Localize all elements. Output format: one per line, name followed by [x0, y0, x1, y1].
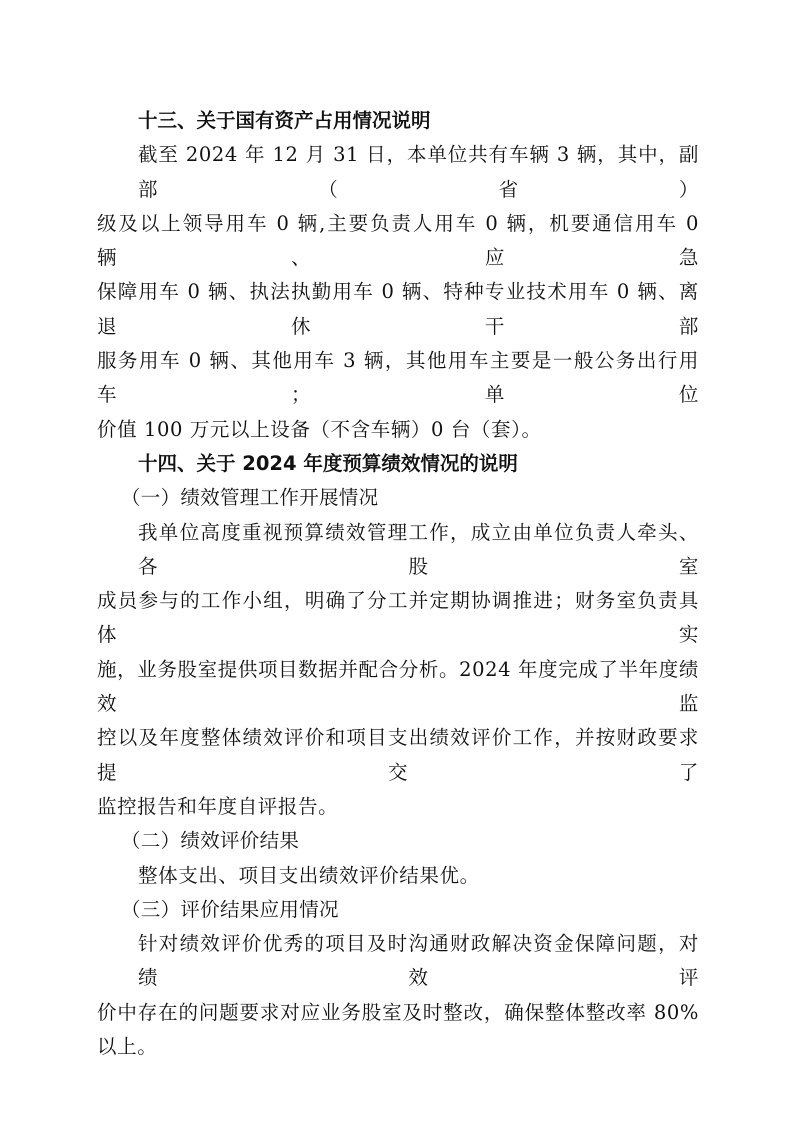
paragraph-evaluation-results: 整体支出、项目支出绩效评价结果优。	[97, 859, 699, 893]
subheading-results-application: （三）评价结果应用情况	[97, 893, 699, 927]
paragraph-line: 整体支出、项目支出绩效评价结果优。	[97, 859, 699, 893]
paragraph-line: 控以及年度整体绩效评价和项目支出绩效评价工作，并按财政要求提交了	[97, 721, 699, 790]
paragraph-line: 级及以上领导用车 0 辆,主要负责人用车 0 辆，机要通信用车 0 辆、应急	[97, 207, 699, 276]
paragraph-line: 保障用车 0 辆、执法执勤用车 0 辆、特种专业技术用车 0 辆、离退休干部	[97, 275, 699, 344]
subheading-evaluation-results: （二）绩效评价结果	[97, 824, 699, 858]
paragraph-state-assets: 截至 2024 年 12 月 31 日，本单位共有车辆 3 辆，其中，副部（省）…	[97, 138, 699, 447]
paragraph-line: 成员参与的工作小组，明确了分工并定期协调推进；财务室负责具体实	[97, 584, 699, 653]
subheading-performance-management: （一）绩效管理工作开展情况	[97, 481, 699, 515]
paragraph-line: 监控报告和年度自评报告。	[97, 790, 699, 824]
paragraph-line: 我单位高度重视预算绩效管理工作，成立由单位负责人牵头、各股室	[97, 516, 699, 585]
paragraph-results-application: 针对绩效评价优秀的项目及时沟通财政解决资金保障问题，对绩效评 价中存在的问题要求…	[97, 927, 699, 1064]
paragraph-line: 针对绩效评价优秀的项目及时沟通财政解决资金保障问题，对绩效评	[97, 927, 699, 996]
document-page: 十三、关于国有资产占用情况说明 截至 2024 年 12 月 31 日，本单位共…	[97, 104, 699, 1064]
paragraph-line: 价值 100 万元以上设备（不含车辆）0 台（套）。	[97, 413, 699, 447]
paragraph-line: 价中存在的问题要求对应业务股室及时整改，确保整体整改率 80%以上。	[97, 996, 699, 1065]
paragraph-line: 截至 2024 年 12 月 31 日，本单位共有车辆 3 辆，其中，副部（省）	[97, 138, 699, 207]
paragraph-performance-management: 我单位高度重视预算绩效管理工作，成立由单位负责人牵头、各股室 成员参与的工作小组…	[97, 516, 699, 825]
paragraph-line: 服务用车 0 辆、其他用车 3 辆，其他用车主要是一般公务出行用车；单位	[97, 344, 699, 413]
section-heading-13: 十三、关于国有资产占用情况说明	[97, 104, 699, 138]
paragraph-line: 施，业务股室提供项目数据并配合分析。2024 年度完成了半年度绩效监	[97, 653, 699, 722]
section-heading-14: 十四、关于 2024 年度预算绩效情况的说明	[97, 447, 699, 481]
